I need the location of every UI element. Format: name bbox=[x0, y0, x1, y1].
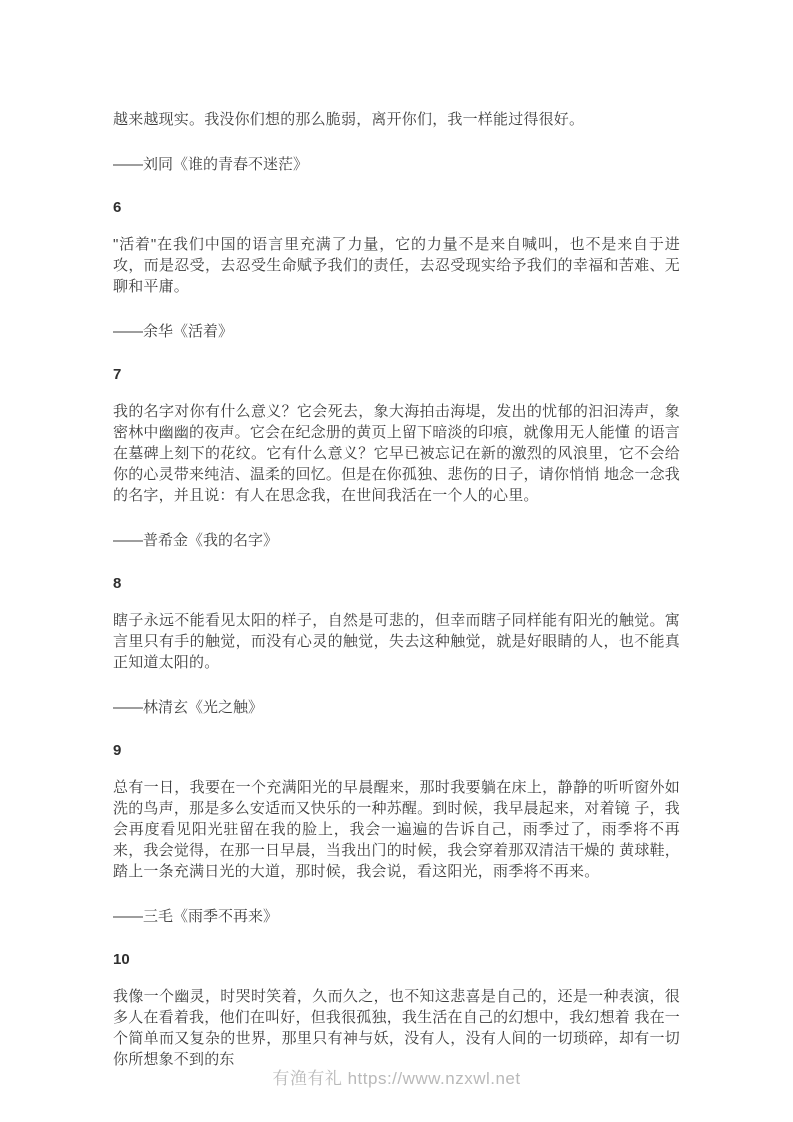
quote-section-9: 9 总有一日，我要在一个充满阳光的早晨醒来，那时我要躺在床上，静静的听听窗外如洗… bbox=[113, 740, 680, 927]
quote-text: 总有一日，我要在一个充满阳光的早晨醒来，那时我要躺在床上，静静的听听窗外如洗的鸟… bbox=[113, 777, 680, 882]
quote-section-7: 7 我的名字对你有什么意义？它会死去，象大海拍击海堤，发出的忧郁的汩汩涛声，象密… bbox=[113, 364, 680, 551]
quote-section-6: 6 "活着"在我们中国的语言里充满了力量，它的力量不是来自喊叫，也不是来自于进攻… bbox=[113, 197, 680, 342]
quote-attribution: ——余华《活着》 bbox=[113, 321, 680, 342]
quote-text: "活着"在我们中国的语言里充满了力量，它的力量不是来自喊叫，也不是来自于进攻，而… bbox=[113, 234, 680, 297]
quote-attribution: ——刘同《谁的青春不迷茫》 bbox=[113, 154, 680, 175]
quote-text: 我的名字对你有什么意义？它会死去，象大海拍击海堤，发出的忧郁的汩汩涛声，象密林中… bbox=[113, 401, 680, 506]
document-content: 越来越现实。我没你们想的那么脆弱，离开你们，我一样能过得很好。 ——刘同《谁的青… bbox=[113, 109, 680, 1094]
quote-attribution: ——普希金《我的名字》 bbox=[113, 530, 680, 551]
quote-number: 9 bbox=[113, 740, 680, 761]
document-page: 越来越现实。我没你们想的那么脆弱，离开你们，我一样能过得很好。 ——刘同《谁的青… bbox=[0, 0, 793, 1122]
quote-attribution: ——林清玄《光之触》 bbox=[113, 697, 680, 718]
quote-section-10: 10 我像一个幽灵，时哭时笑着，久而久之，也不知这悲喜是自己的，还是一种表演，很… bbox=[113, 949, 680, 1070]
quote-attribution: ——三毛《雨季不再来》 bbox=[113, 906, 680, 927]
quote-number: 7 bbox=[113, 364, 680, 385]
quote-number: 8 bbox=[113, 573, 680, 594]
quote-text-continuation: 越来越现实。我没你们想的那么脆弱，离开你们，我一样能过得很好。 bbox=[113, 109, 680, 130]
quote-text: 瞎子永远不能看见太阳的样子，自然是可悲的，但幸而瞎子同样能有阳光的触觉。寓言里只… bbox=[113, 610, 680, 673]
site-watermark: 有渔有礼 https://www.nzxwl.net bbox=[0, 1068, 793, 1090]
quote-number: 10 bbox=[113, 949, 680, 970]
quote-section-8: 8 瞎子永远不能看见太阳的样子，自然是可悲的，但幸而瞎子同样能有阳光的触觉。寓言… bbox=[113, 573, 680, 718]
quote-text: 我像一个幽灵，时哭时笑着，久而久之，也不知这悲喜是自己的，还是一种表演，很多人在… bbox=[113, 986, 680, 1070]
quote-number: 6 bbox=[113, 197, 680, 218]
